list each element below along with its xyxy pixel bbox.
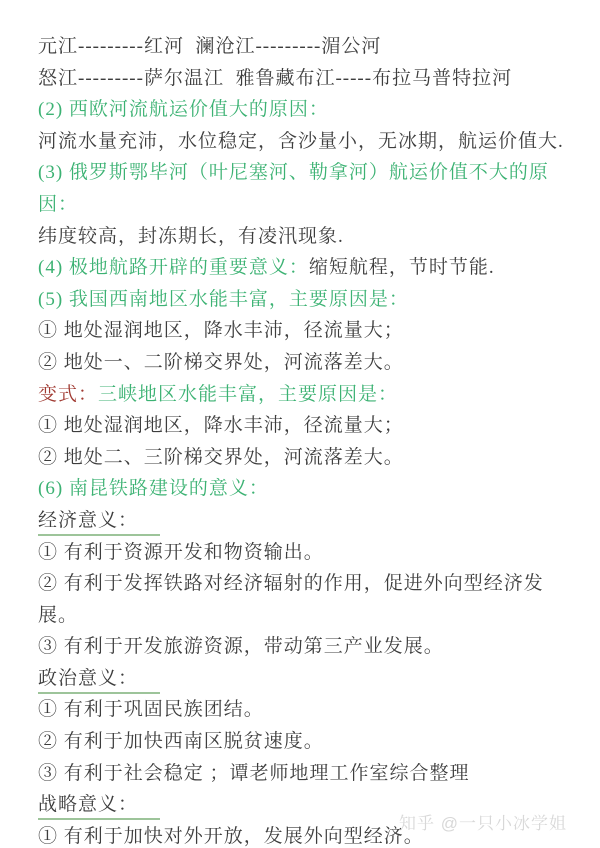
text-segment: (5) 我国西南地区水能丰富，主要原因是： — [38, 289, 409, 310]
text-segment: ② 地处一、二阶梯交界处，河流落差大。 — [38, 352, 404, 373]
text-segment: 政治意义： — [38, 666, 160, 694]
text-line: 经济意义： — [38, 505, 574, 537]
text-line: ② 地处一、二阶梯交界处，河流落差大。 — [38, 347, 574, 379]
text-line: 河流水量充沛，水位稳定，含沙量小，无冰期，航运价值大. — [38, 126, 574, 158]
text-segment: 缩短航程，节时节能. — [309, 257, 495, 278]
text-segment: ① 地处湿润地区，降水丰沛，径流量大； — [38, 415, 404, 436]
text-line: (4) 极地航路开辟的重要意义：缩短航程，节时节能. — [38, 252, 574, 284]
text-line: 政治意义： — [38, 663, 574, 695]
text-line: (3) 俄罗斯鄂毕河（叶尼塞河、勒拿河）航运价值不大的原因： — [38, 157, 574, 220]
text-segment: ① 有利于加快对外开放，发展外向型经济。 — [38, 826, 424, 847]
text-line: ① 地处湿润地区，降水丰沛，径流量大； — [38, 315, 574, 347]
text-segment: ① 有利于巩固民族团结。 — [38, 699, 264, 720]
document-body: 元江---------红河 澜沧江---------湄公河怒江---------… — [0, 0, 600, 848]
notes-page: 元江---------红河 澜沧江---------湄公河怒江---------… — [0, 0, 600, 848]
text-segment: ② 有利于发挥铁路对经济辐射的作用，促进外向型经济发展。 — [38, 573, 544, 626]
text-segment: 怒江---------萨尔温江 雅鲁藏布江-----布拉马普特拉河 — [38, 68, 512, 89]
text-segment: 经济意义： — [38, 508, 160, 536]
text-line: ① 有利于资源开发和物资输出。 — [38, 537, 574, 569]
text-line: ② 有利于加快西南区脱贫速度。 — [38, 726, 574, 758]
text-segment: (2) 西欧河流航运价值大的原因： — [38, 99, 329, 120]
text-line: ② 地处二、三阶梯交界处，河流落差大。 — [38, 442, 574, 474]
text-segment: 纬度较高，封冻期长，有凌汛现象. — [38, 226, 344, 247]
text-segment: 河流水量充沛，水位稳定，含沙量小，无冰期，航运价值大. — [38, 131, 564, 152]
text-segment: (4) 极地航路开辟的重要意义： — [38, 257, 309, 278]
text-segment: ① 有利于资源开发和物资输出。 — [38, 542, 324, 563]
text-line: ① 有利于巩固民族团结。 — [38, 694, 574, 726]
text-segment: ① 地处湿润地区，降水丰沛，径流量大； — [38, 320, 404, 341]
text-line: ③ 有利于开发旅游资源，带动第三产业发展。 — [38, 631, 574, 663]
text-line: (2) 西欧河流航运价值大的原因： — [38, 94, 574, 126]
zhihu-watermark: 知乎 @一只小冰学姐 — [399, 809, 567, 834]
text-segment: (6) 南昆铁路建设的意义： — [38, 478, 269, 499]
text-line: 元江---------红河 澜沧江---------湄公河 — [38, 31, 574, 63]
text-line: (6) 南昆铁路建设的意义： — [38, 473, 574, 505]
text-segment: ③ 有利于开发旅游资源，带动第三产业发展。 — [38, 636, 444, 657]
text-line: 变式：三峡地区水能丰富，主要原因是： — [38, 379, 574, 411]
text-segment: 变式： — [38, 384, 98, 405]
text-line: ② 有利于发挥铁路对经济辐射的作用，促进外向型经济发展。 — [38, 568, 574, 631]
text-segment: 元江---------红河 澜沧江---------湄公河 — [38, 36, 381, 57]
text-segment: ② 有利于加快西南区脱贫速度。 — [38, 731, 324, 752]
text-segment: ② 地处二、三阶梯交界处，河流落差大。 — [38, 447, 404, 468]
text-segment: 战略意义： — [38, 792, 160, 820]
text-segment: 三峡地区水能丰富，主要原因是： — [98, 384, 398, 405]
text-line: ① 地处湿润地区，降水丰沛，径流量大； — [38, 410, 574, 442]
text-segment: (3) 俄罗斯鄂毕河（叶尼塞河、勒拿河）航运价值不大的原因： — [38, 162, 549, 215]
text-segment: ③ 有利于社会稳定 ；谭老师地理工作室综合整理 — [38, 763, 470, 784]
text-line: 纬度较高，封冻期长，有凌汛现象. — [38, 221, 574, 253]
text-line: (5) 我国西南地区水能丰富，主要原因是： — [38, 284, 574, 316]
text-line: 怒江---------萨尔温江 雅鲁藏布江-----布拉马普特拉河 — [38, 63, 574, 95]
text-line: ③ 有利于社会稳定 ；谭老师地理工作室综合整理 — [38, 758, 574, 790]
